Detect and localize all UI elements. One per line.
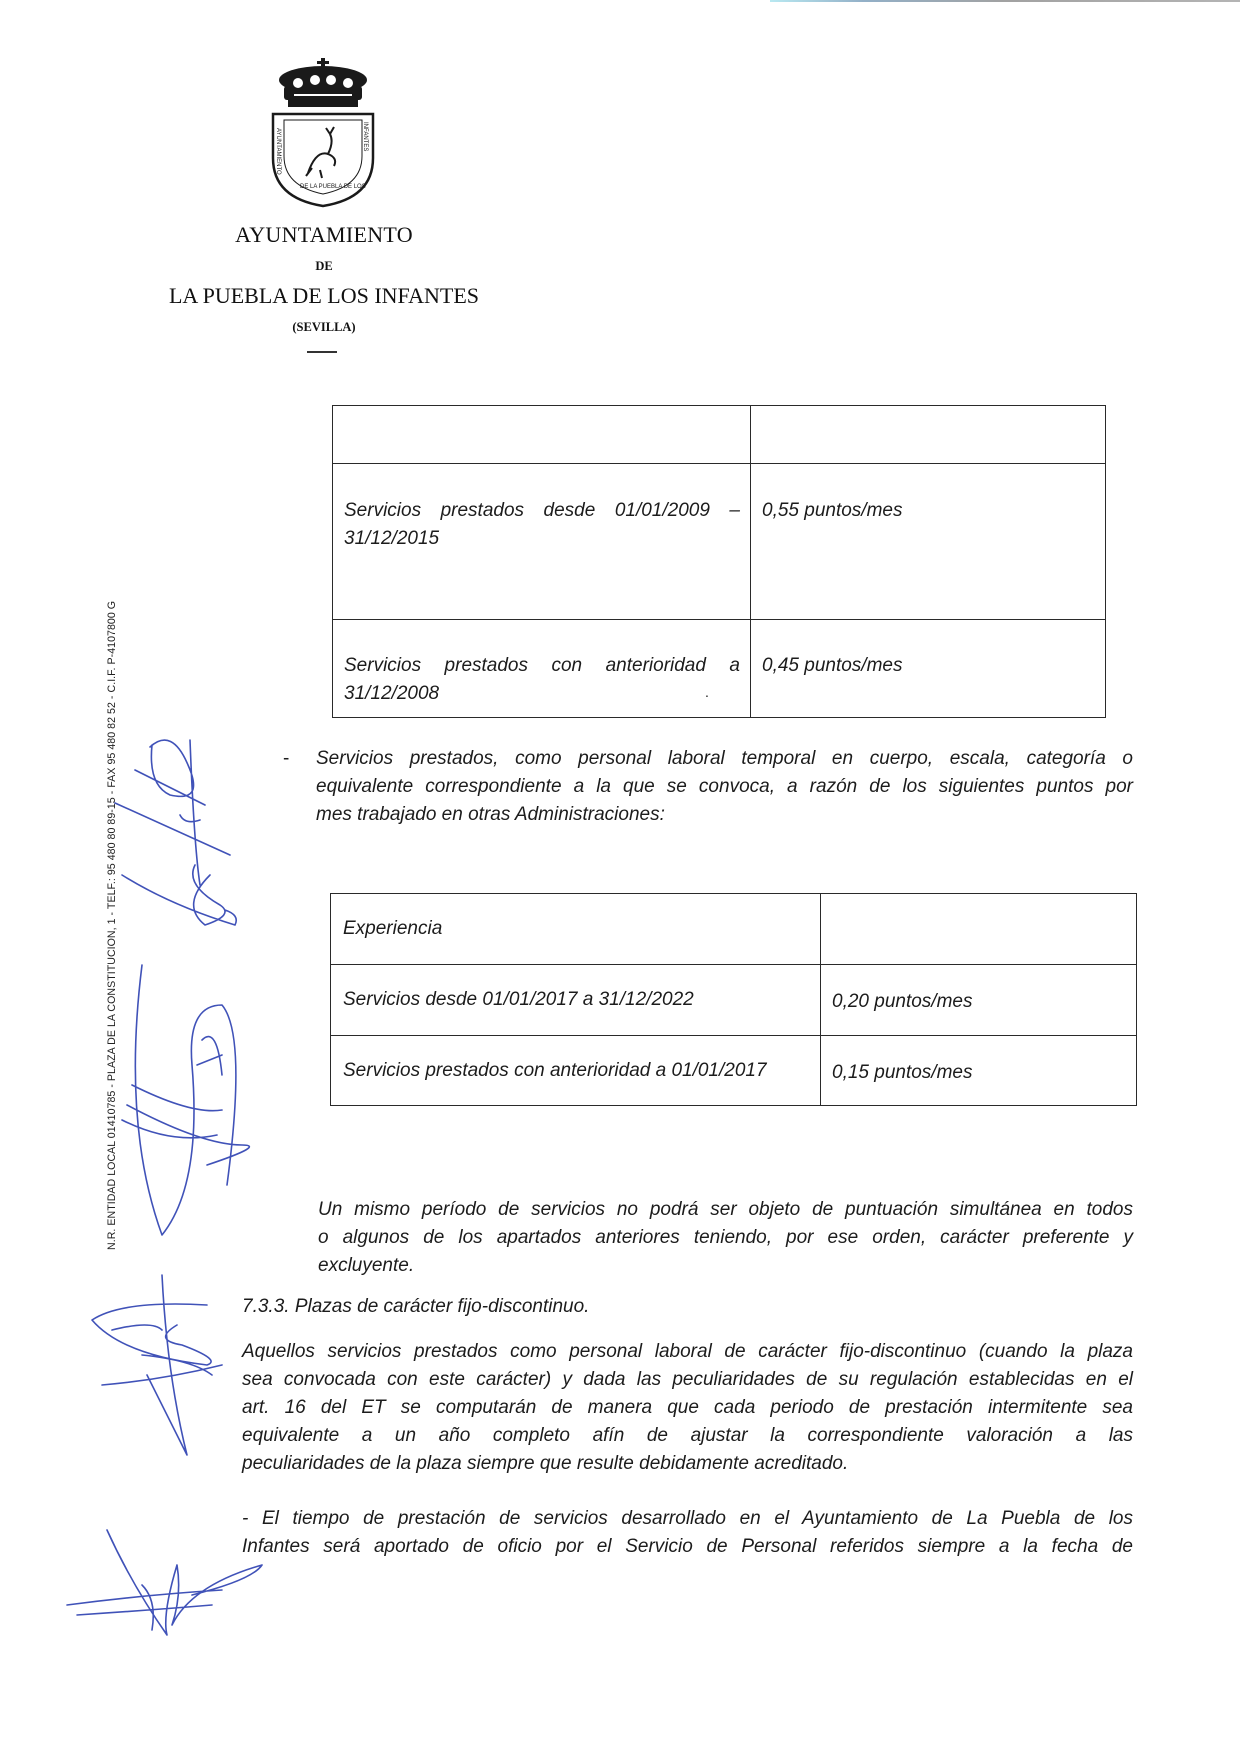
header-province: (SEVILLA): [200, 320, 448, 335]
table-cell: 0,55 puntos/mes: [751, 464, 1106, 620]
signature-icon: [112, 945, 282, 1245]
paragraph-line: o algunos de los apartados anteriores te…: [318, 1224, 1133, 1252]
body-paragraph: Aquellos servicios prestados como person…: [242, 1338, 1133, 1478]
paragraph-line: art. 16 del ET se computarán de manera q…: [242, 1394, 1133, 1422]
row-label: Servicios desde 01/01/2017 a 31/12/2022: [331, 986, 820, 1014]
row-label: Servicios prestados con anterioridad a 0…: [331, 1057, 820, 1085]
table-row: Servicios prestados con anterioridad a 3…: [333, 620, 1106, 718]
signature-icon: [62, 1525, 282, 1655]
table-cell: [751, 406, 1106, 464]
paragraph-line: sea convocada con este carácter) y dada …: [242, 1366, 1133, 1394]
row-value: 0,20 puntos/mes: [821, 984, 1136, 1016]
row-value: 0,15 puntos/mes: [821, 1055, 1136, 1087]
paragraph-line: equivalente correspondiente a la que se …: [316, 773, 1133, 801]
header-title: AYUNTAMIENTO: [200, 222, 448, 248]
points-table-other-administrations: Experiencia Servicios desde 01/01/2017 a…: [330, 893, 1137, 1106]
header-divider: [307, 351, 337, 353]
svg-text:INFANTES: INFANTES: [362, 122, 368, 151]
bullet-paragraph: Servicios prestados, como personal labor…: [316, 745, 1133, 829]
paragraph-line: equivalente a un año completo afín de aj…: [242, 1422, 1133, 1450]
table-row: [333, 406, 1106, 464]
row-value: 0,45 puntos/mes: [751, 620, 1105, 680]
points-table-local: Servicios prestados desde 01/01/2009 – 3…: [332, 405, 1106, 718]
paragraph-line: peculiaridades de la plaza siempre que r…: [242, 1450, 1133, 1478]
svg-text:DE LA PUEBLA DE LOS: DE LA PUEBLA DE LOS: [300, 184, 366, 190]
paragraph-line: mes trabajado en otras Administraciones:: [316, 801, 1133, 829]
paragraph-line: Servicios prestados, como personal labor…: [316, 745, 1133, 773]
paragraph-line: excluyente.: [318, 1252, 1133, 1280]
stray-mark: .: [705, 678, 709, 706]
table-cell: 0,45 puntos/mes: [751, 620, 1106, 718]
signature-icon: [62, 1265, 272, 1475]
scan-edge-artifact: [770, 0, 1240, 2]
section-heading: 7.3.3. Plazas de carácter fijo-discontin…: [242, 1293, 842, 1321]
bullet-marker: -: [283, 745, 289, 773]
paragraph-line: Aquellos servicios prestados como person…: [242, 1338, 1133, 1366]
note-paragraph: Un mismo período de servicios no podrá s…: [318, 1196, 1133, 1280]
body-paragraph: - El tiempo de prestación de servicios d…: [242, 1505, 1133, 1561]
table-header-experiencia: Experiencia: [331, 915, 820, 943]
table-cell: 0,20 puntos/mes: [821, 965, 1137, 1036]
signature-icon: [110, 725, 280, 965]
table-row: Experiencia: [331, 894, 1137, 965]
header-de: DE: [200, 259, 448, 274]
row-value: 0,55 puntos/mes: [751, 464, 1105, 525]
row-label-line: 31/12/2015: [344, 525, 740, 553]
paragraph-line: - El tiempo de prestación de servicios d…: [242, 1505, 1133, 1533]
table-cell: [333, 406, 751, 464]
table-cell: Servicios desde 01/01/2017 a 31/12/2022: [331, 965, 821, 1036]
header-town: LA PUEBLA DE LOS INFANTES: [150, 283, 498, 309]
coat-of-arms-icon: AYUNTAMIENTO INFANTES DE LA PUEBLA DE LO…: [268, 58, 378, 208]
row-label-line: Servicios prestados con anterioridad a: [344, 652, 740, 680]
table-cell: Servicios prestados desde 01/01/2009 – 3…: [333, 464, 751, 620]
table-cell: Experiencia: [331, 894, 821, 965]
row-label-line: 31/12/2008: [344, 680, 740, 708]
svg-text:AYUNTAMIENTO: AYUNTAMIENTO: [275, 128, 281, 175]
paragraph-line: Infantes será aportado de oficio por el …: [242, 1533, 1133, 1561]
table-cell: Servicios prestados con anterioridad a 0…: [331, 1036, 821, 1106]
paragraph-line: Un mismo período de servicios no podrá s…: [318, 1196, 1133, 1224]
table-row: Servicios desde 01/01/2017 a 31/12/2022 …: [331, 965, 1137, 1036]
table-row: Servicios prestados con anterioridad a 0…: [331, 1036, 1137, 1106]
table-cell: 0,15 puntos/mes: [821, 1036, 1137, 1106]
table-cell: Servicios prestados con anterioridad a 3…: [333, 620, 751, 718]
row-label-line: Servicios prestados desde 01/01/2009 –: [344, 497, 740, 525]
table-cell: [821, 894, 1137, 965]
table-row: Servicios prestados desde 01/01/2009 – 3…: [333, 464, 1106, 620]
